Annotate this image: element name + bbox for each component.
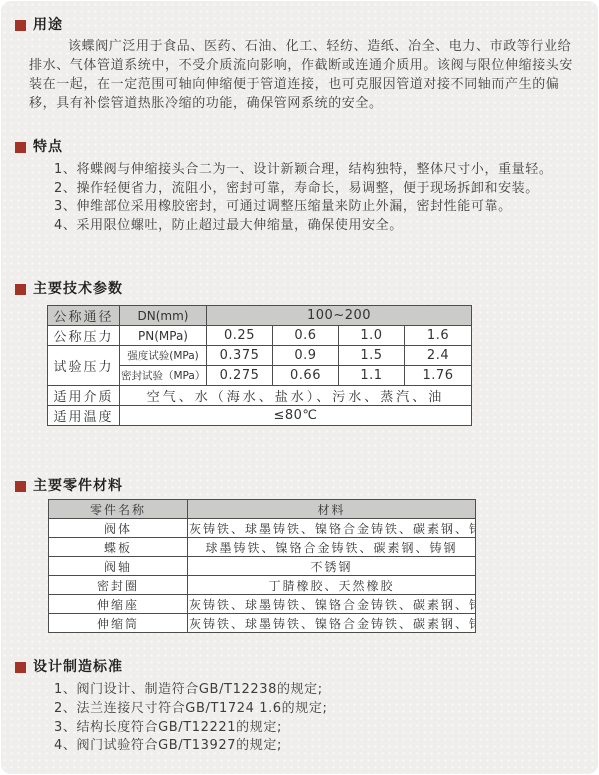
section-bullet-icon (15, 284, 26, 295)
part-name-cell: 伸缩筒 (49, 614, 188, 633)
section-bullet-icon (15, 481, 26, 492)
tech-params-table: 公称通径 DN(mm) 100~200 公称压力 PN(MPa) 0.25 0.… (47, 305, 472, 426)
table-row: 阀体 灰铸铁、球墨铸铁、镍铬合金铸铁、碳素钢、铸钢 (49, 519, 476, 538)
pn-key-cell: PN(MPa) (120, 326, 207, 346)
standard-item: 1、阀门设计、制造符合GB/T12238的规定; (54, 681, 598, 700)
materials-header: 主要零件材料 (15, 478, 598, 494)
table-row: 适用介质 空气、水（海水、盐水）、污水、蒸汽、油 (48, 386, 472, 406)
material-cell: 灰铸铁、球墨铸铁、镍铬合金铸铁、碳素钢、铸钢 (188, 519, 476, 538)
dn-key-cell: DN(mm) (120, 306, 207, 326)
material-header: 材料 (188, 500, 476, 519)
standards-header: 设计制造标准 (15, 659, 598, 675)
section-features: 特点 1、将蝶阀与伸缩接头合二为一、设计新颖合理，结构独特，整体尺寸小，重量轻。… (1, 139, 598, 235)
standard-item: 4、阀门试验符合GB/T13927的规定; (54, 737, 598, 756)
strength-value-cell: 0.9 (273, 346, 339, 366)
pn-value-cell: 0.25 (207, 326, 273, 346)
part-name-cell: 密封圈 (49, 576, 188, 595)
table-row: 阀轴 不锈钢 (49, 557, 476, 576)
features-header: 特点 (15, 139, 598, 155)
temp-label-cell: 适用温度 (48, 406, 120, 426)
part-name-header: 零件名称 (49, 500, 188, 519)
material-cell: 灰铸铁、球墨铸铁、镍铬合金铸铁、碳素钢、铸钢 (188, 614, 476, 633)
dn-label-cell: 公称通径 (48, 306, 120, 326)
material-cell: 球墨铸铁、镍铬合金铸铁、碳素钢、铸钢 (188, 538, 476, 557)
media-label-cell: 适用介质 (48, 386, 120, 406)
seal-value-cell: 0.66 (273, 366, 339, 386)
part-name-cell: 伸缩座 (49, 595, 188, 614)
table-row: 适用温度 ≤80℃ (48, 406, 472, 426)
standard-item: 3、结构长度符合GB/T12221的规定; (54, 719, 598, 738)
material-cell: 灰铸铁、球墨铸铁、镍铬合金铸铁、碳素钢、铸钢 (188, 595, 476, 614)
features-list: 1、将蝶阀与伸缩接头合二为一、设计新颖合理，结构独特，整体尺寸小，重量轻。 2、… (54, 161, 598, 235)
seal-value-cell: 1.76 (405, 366, 472, 386)
table-row: 蝶板 球墨铸铁、镍铬合金铸铁、碳素钢、铸钢 (49, 538, 476, 557)
test-pressure-label-cell: 试验压力 (48, 346, 120, 386)
pn-value-cell: 0.6 (273, 326, 339, 346)
pn-label-cell: 公称压力 (48, 326, 120, 346)
table-header-row: 零件名称 材料 (49, 500, 476, 519)
materials-title: 主要零件材料 (33, 478, 123, 494)
part-name-cell: 阀体 (49, 519, 188, 538)
section-usage: 用途 该蝶阀广泛用于食品、医药、石油、化工、轻纺、造纸、冶全、电力、市政等行业给… (1, 1, 598, 113)
material-cell: 丁腈橡胶、天然橡胶 (188, 576, 476, 595)
dn-value-cell: 100~200 (207, 306, 472, 326)
seal-value-cell: 1.1 (339, 366, 405, 386)
section-standards: 设计制造标准 1、阀门设计、制造符合GB/T12238的规定; 2、法兰连接尺寸… (1, 659, 598, 755)
catalog-page: 用途 该蝶阀广泛用于食品、医药、石油、化工、轻纺、造纸、冶全、电力、市政等行业给… (1, 1, 598, 774)
section-tech-params: 主要技术参数 公称通径 DN(mm) 100~200 公称压力 PN(MPa) … (1, 281, 598, 426)
part-name-cell: 阀轴 (49, 557, 188, 576)
standard-item: 2、法兰连接尺寸符合GB/T1724 1.6的规定; (54, 700, 598, 719)
section-materials: 主要零件材料 零件名称 材料 阀体 灰铸铁、球墨铸铁、镍铬合金铸铁、碳素钢、铸钢… (1, 478, 598, 633)
tech-params-title: 主要技术参数 (33, 281, 123, 297)
feature-item: 4、采用限位螺吐，防止超过最大伸缩量，确保使用安全。 (54, 217, 598, 236)
temp-value-cell: ≤80℃ (120, 406, 472, 426)
tech-params-header: 主要技术参数 (15, 281, 598, 297)
table-row: 公称通径 DN(mm) 100~200 (48, 306, 472, 326)
standards-title: 设计制造标准 (33, 659, 123, 675)
table-row: 公称压力 PN(MPa) 0.25 0.6 1.0 1.6 (48, 326, 472, 346)
strength-value-cell: 2.4 (405, 346, 472, 366)
section-bullet-icon (15, 20, 26, 31)
part-name-cell: 蝶板 (49, 538, 188, 557)
usage-header: 用途 (15, 17, 598, 33)
pn-value-cell: 1.6 (405, 326, 472, 346)
table-row: 伸缩筒 灰铸铁、球墨铸铁、镍铬合金铸铁、碳素钢、铸钢 (49, 614, 476, 633)
standards-list: 1、阀门设计、制造符合GB/T12238的规定; 2、法兰连接尺寸符合GB/T1… (54, 681, 598, 755)
strength-key-cell: 强度试验(MPa) (120, 346, 207, 366)
seal-key-cell: 密封试验（MPa） (120, 366, 207, 386)
table-row: 密封圈 丁腈橡胶、天然橡胶 (49, 576, 476, 595)
table-row: 伸缩座 灰铸铁、球墨铸铁、镍铬合金铸铁、碳素钢、铸钢 (49, 595, 476, 614)
feature-item: 1、将蝶阀与伸缩接头合二为一、设计新颖合理，结构独特，整体尺寸小，重量轻。 (54, 161, 598, 180)
usage-title: 用途 (33, 17, 63, 33)
strength-value-cell: 1.5 (339, 346, 405, 366)
seal-value-cell: 0.275 (207, 366, 273, 386)
media-value-cell: 空气、水（海水、盐水）、污水、蒸汽、油 (120, 386, 472, 406)
section-bullet-icon (15, 662, 26, 673)
table-row: 试验压力 强度试验(MPa) 0.375 0.9 1.5 2.4 (48, 346, 472, 366)
strength-value-cell: 0.375 (207, 346, 273, 366)
feature-item: 3、伸维部位采用橡胶密封，可通过调整压缩量来防止外漏，密封性能可靠。 (54, 198, 598, 217)
materials-table: 零件名称 材料 阀体 灰铸铁、球墨铸铁、镍铬合金铸铁、碳素钢、铸钢 蝶板 球墨铸… (48, 499, 476, 633)
section-bullet-icon (15, 142, 26, 153)
features-title: 特点 (33, 139, 63, 155)
feature-item: 2、操作轻便省力，流阻小，密封可靠，寿命长，易调整，便于现场拆卸和安装。 (54, 180, 598, 199)
material-cell: 不锈钢 (188, 557, 476, 576)
pn-value-cell: 1.0 (339, 326, 405, 346)
usage-paragraph: 该蝶阀广泛用于食品、医药、石油、化工、轻纺、造纸、冶全、电力、市政等行业给排水、… (29, 37, 574, 113)
